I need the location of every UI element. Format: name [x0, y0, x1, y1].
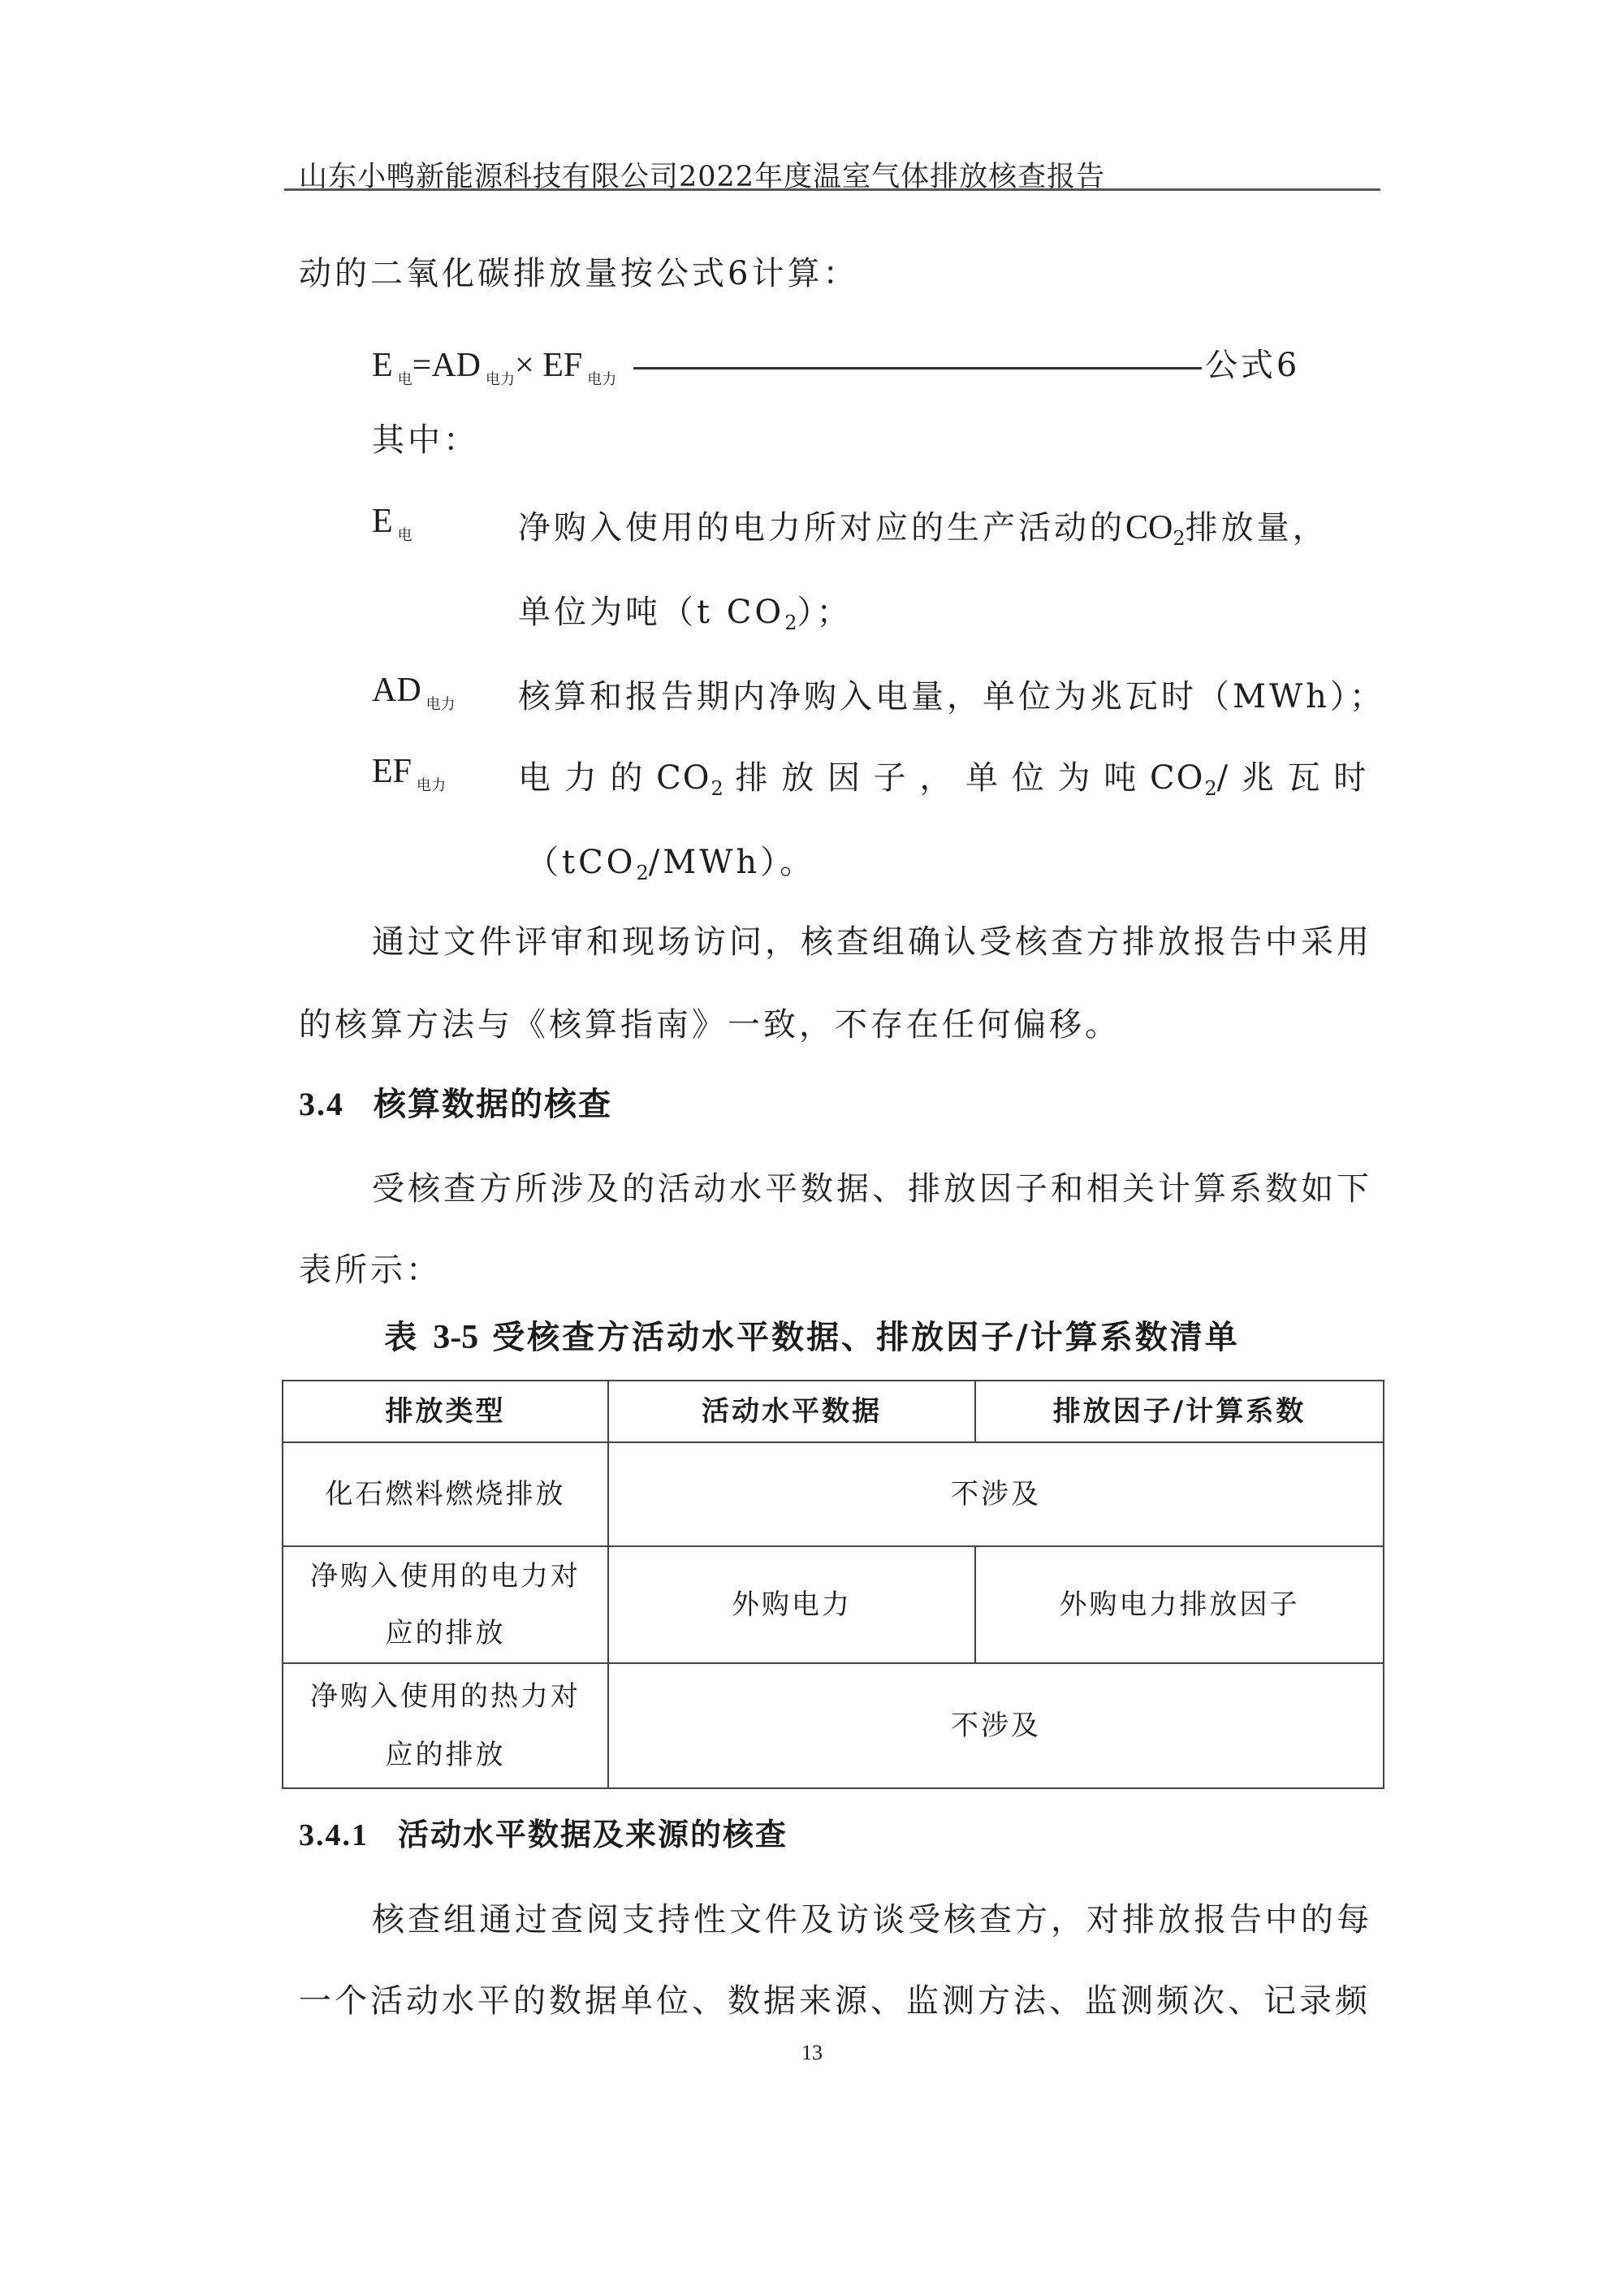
table-caption: 表 3-5 受核查方活动水平数据、排放因子/计算系数清单	[0, 1312, 1624, 1358]
page-number: 13	[0, 2041, 1624, 2065]
table-row: 净购入使用的热力对 应的排放 不涉及	[283, 1663, 1384, 1788]
emission-data-table: 排放类型 活动水平数据 排放因子/计算系数 化石燃料燃烧排放 不涉及 净购入使用…	[282, 1380, 1384, 1789]
definition-ef-line1: 电 力 的 CO2 排 放 因 子 ， 单 位 为 吨 CO2/ 兆 瓦 时	[518, 752, 1367, 800]
section-heading-3-4: 3.4核算数据的核查	[299, 1078, 612, 1125]
section-3-4-1-line-1: 核查组通过查阅支持性文件及访谈受核查方，对排放报告中的每	[372, 1894, 1372, 1940]
cell-activity-data: 外购电力	[608, 1546, 975, 1663]
cell-emission-factor: 外购电力排放因子	[975, 1546, 1384, 1663]
definition-term-ef: EF电力	[372, 752, 446, 795]
section-heading-3-4-1: 3.4.1活动水平数据及来源的核查	[299, 1809, 788, 1854]
cell-emission-type: 化石燃料燃烧排放	[283, 1442, 608, 1546]
formula-6: E电=AD电力× EF电力 公式6	[372, 339, 1300, 389]
column-header-activity-data: 活动水平数据	[608, 1381, 975, 1442]
cell-emission-type: 净购入使用的热力对 应的排放	[283, 1663, 608, 1788]
table-header-row: 排放类型 活动水平数据 排放因子/计算系数	[283, 1381, 1384, 1442]
formula-lhs: E	[372, 347, 393, 384]
where-label: 其中：	[372, 414, 479, 460]
cell-merged-not-applicable: 不涉及	[608, 1442, 1384, 1546]
formula-label: 公式6	[1205, 347, 1300, 384]
definition-term-ad: AD电力	[372, 671, 456, 714]
table-row: 净购入使用的电力对 应的排放 外购电力 外购电力排放因子	[283, 1546, 1384, 1663]
document-page: 山东小鸭新能源科技有限公司2022年度温室气体排放核查报告 动的二氧化碳排放量按…	[0, 0, 1624, 2295]
intro-line: 动的二氧化碳排放量按公式6计算：	[299, 248, 858, 294]
section-3-4-para-line-1: 受核查方所涉及的活动水平数据、排放因子和相关计算系数如下	[372, 1163, 1372, 1209]
formula-leader	[633, 367, 1202, 370]
table-row: 化石燃料燃烧排放 不涉及	[283, 1442, 1384, 1546]
definition-term-e: E电	[372, 502, 412, 545]
conclusion-line-2: 的核算方法与《核算指南》一致，不存在任何偏移。	[299, 999, 1121, 1045]
column-header-emission-factor: 排放因子/计算系数	[975, 1381, 1384, 1442]
section-3-4-1-line-2: 一个活动水平的数据单位、数据来源、监测方法、监测频次、记录频	[299, 1975, 1371, 2021]
conclusion-line-1: 通过文件评审和现场访问，核查组确认受核查方排放报告中采用	[372, 916, 1372, 962]
definition-e-line2: 单位为吨（t CO2）；	[518, 586, 852, 634]
cell-merged-not-applicable: 不涉及	[608, 1663, 1384, 1788]
column-header-emission-type: 排放类型	[283, 1381, 608, 1442]
definition-ad-line1: 核算和报告期内净购入电量，单位为兆瓦时（MWh）；	[518, 671, 1385, 717]
cell-emission-type: 净购入使用的电力对 应的排放	[283, 1546, 608, 1663]
header-rule	[284, 188, 1380, 191]
definition-e-line1: 净购入使用的电力所对应的生产活动的CO2排放量，	[518, 502, 1328, 550]
section-3-4-para-line-2: 表所示：	[299, 1244, 442, 1290]
definition-ef-line2: （tCO2/MWh）。	[526, 836, 815, 884]
